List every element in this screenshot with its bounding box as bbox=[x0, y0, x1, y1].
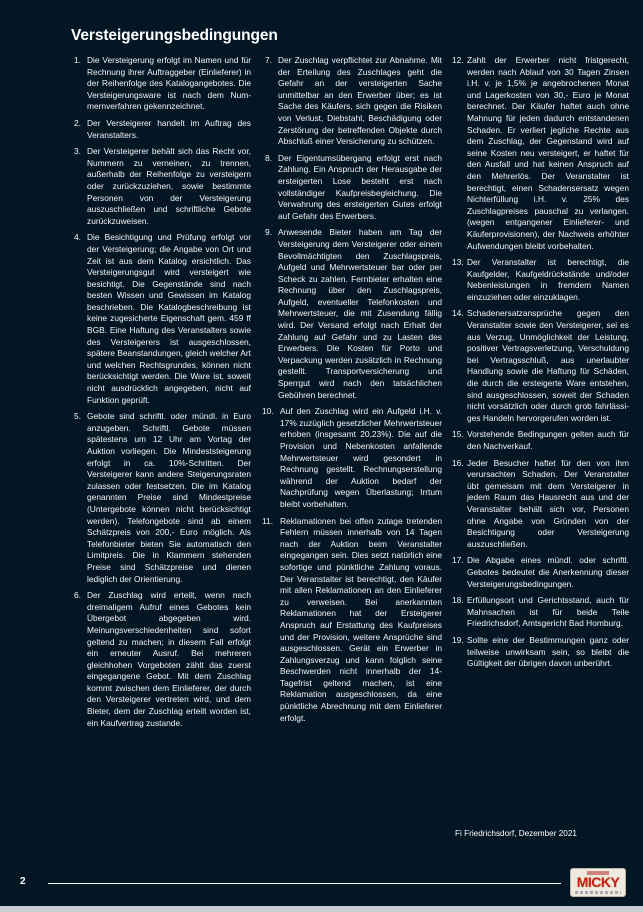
page-number: 2 bbox=[20, 876, 26, 887]
term-text: Anwesende Bieter haben am Tag der Verste… bbox=[278, 227, 442, 399]
terms-column-2: 7.Der Zuschlag verpflichtet zur Abnahme.… bbox=[265, 55, 442, 734]
term-number: 19. bbox=[452, 635, 464, 647]
logo-wordmark: MICKY bbox=[571, 875, 625, 889]
term-text: Erfüllungsort und Gerichtsstand, auch fü… bbox=[467, 595, 629, 628]
term-item: 14.Schadenersatzansprüche gegen den Vera… bbox=[452, 308, 629, 424]
term-number: 5. bbox=[74, 411, 81, 423]
term-text: Der Zuschlag verpflichtet zur Abnahme. M… bbox=[278, 55, 442, 146]
term-text: Der Zuschlag wird erteilt, wenn nach dre… bbox=[87, 590, 251, 728]
term-number: 12. bbox=[452, 55, 464, 67]
term-text: Zahlt der Erwerber nicht fristge­recht, … bbox=[467, 55, 629, 251]
term-number: 18. bbox=[452, 595, 464, 607]
term-item: 18.Erfüllungsort und Gerichtsstand, auch… bbox=[452, 595, 629, 630]
term-text: Der Veranstalter ist berechtigt, die Kau… bbox=[467, 257, 629, 302]
term-item: 13.Der Veranstalter ist berechtigt, die … bbox=[452, 257, 629, 303]
term-text: Schadenersatzansprüche gegen den Veranst… bbox=[467, 308, 629, 422]
term-text: Sollte eine der Bestimmungen ganz oder t… bbox=[467, 635, 629, 668]
page-bottom-edge bbox=[0, 906, 643, 912]
logo-bottom-band bbox=[575, 891, 621, 894]
footer-divider bbox=[48, 883, 561, 884]
term-number: 9. bbox=[265, 227, 272, 239]
term-item: 11.Reklamationen bei offen zutage tre­te… bbox=[265, 516, 442, 725]
term-item: 2.Der Versteigerer handelt im Auftrag de… bbox=[74, 118, 251, 141]
term-text: Der Versteigerer handelt im Auftrag des … bbox=[87, 118, 251, 140]
signature-line: Fi Friedrichsdorf, Dezember 2021 bbox=[455, 829, 577, 838]
term-text: Vorstehende Bedingungen gelten auch für … bbox=[467, 429, 629, 451]
term-item: 12.Zahlt der Erwerber nicht fristge­rech… bbox=[452, 55, 629, 252]
term-number: 4. bbox=[74, 232, 81, 244]
term-item: 17.Die Abgabe eines mündl. oder schriftl… bbox=[452, 555, 629, 590]
terms-column-3: 12.Zahlt der Erwerber nicht fristge­rech… bbox=[452, 55, 629, 734]
term-text: Der Eigentumsübergang erfolgt erst nach … bbox=[278, 153, 442, 221]
term-number: 3. bbox=[74, 146, 81, 158]
term-item: 16.Jeder Besucher haftet für den von ihm… bbox=[452, 458, 629, 551]
term-text: Reklamationen bei offen zutage tre­tende… bbox=[280, 516, 442, 723]
term-text: Auf den Zuschlag wird ein Aufgeld i.H. v… bbox=[280, 406, 442, 509]
term-text: Der Versteigerer behält sich das Recht v… bbox=[87, 146, 251, 226]
term-number: 17. bbox=[452, 555, 464, 567]
micky-logo: MICKY bbox=[570, 868, 626, 897]
term-number: 6. bbox=[74, 590, 81, 602]
term-number: 11. bbox=[262, 516, 273, 528]
term-item: 3.Der Versteigerer behält sich das Recht… bbox=[74, 146, 251, 227]
term-item: 5.Gebote sind schriftl. oder mündl. in E… bbox=[74, 411, 251, 585]
term-number: 7. bbox=[265, 55, 272, 67]
terms-column-1: 1.Die Versteigerung erfolgt im Namen und… bbox=[74, 55, 251, 734]
term-item: 8.Der Eigentumsübergang erfolgt erst nac… bbox=[265, 153, 442, 223]
term-text: Gebote sind schriftl. oder mündl. in Eur… bbox=[87, 411, 251, 583]
term-item: 15.Vorstehende Bedingungen gelten auch f… bbox=[452, 429, 629, 452]
term-number: 10. bbox=[262, 406, 274, 418]
page-title: Versteigerungsbedingungen bbox=[71, 27, 278, 45]
term-number: 15. bbox=[452, 429, 464, 441]
terms-columns: 1.Die Versteigerung erfolgt im Namen und… bbox=[74, 55, 629, 734]
term-item: 6.Der Zuschlag wird erteilt, wenn nach d… bbox=[74, 590, 251, 729]
term-text: Die Abgabe eines mündl. oder schriftl. G… bbox=[467, 555, 629, 588]
term-number: 16. bbox=[452, 458, 464, 470]
term-number: 1. bbox=[74, 55, 81, 67]
term-item: 10.Auf den Zuschlag wird ein Aufgeld i.H… bbox=[265, 406, 442, 510]
term-item: 4.Die Besichtigung und Prüfung erfolgt v… bbox=[74, 232, 251, 406]
term-number: 8. bbox=[265, 153, 272, 165]
term-number: 2. bbox=[74, 118, 81, 130]
term-item: 1.Die Versteigerung erfolgt im Namen und… bbox=[74, 55, 251, 113]
term-number: 14. bbox=[452, 308, 464, 320]
term-number: 13. bbox=[452, 257, 464, 269]
term-item: 9.Anwesende Bieter haben am Tag der Vers… bbox=[265, 227, 442, 401]
term-item: 7.Der Zuschlag verpflichtet zur Abnahme.… bbox=[265, 55, 442, 148]
document-page: Versteigerungsbedingungen 1.Die Versteig… bbox=[0, 0, 643, 906]
term-text: Die Versteigerung erfolgt im Namen und f… bbox=[87, 55, 251, 111]
term-text: Die Besichtigung und Prüfung erfolgt vor… bbox=[87, 232, 251, 404]
term-item: 19.Sollte eine der Bestimmungen ganz ode… bbox=[452, 635, 629, 670]
term-text: Jeder Besucher haftet für den von ihm ve… bbox=[467, 458, 629, 549]
